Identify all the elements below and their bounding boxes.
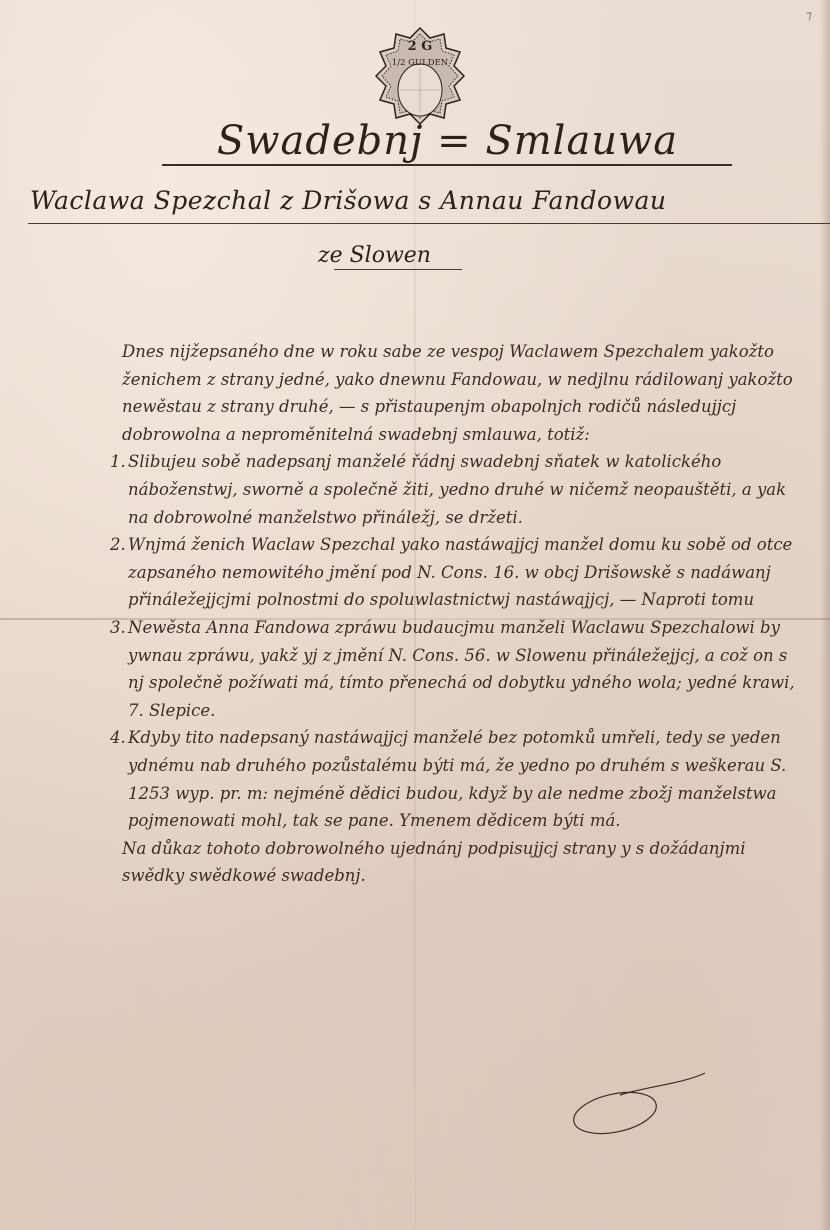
clause-text: Kdyby tito nadepsaný nastáwajjcj manželé…	[128, 724, 800, 834]
corner-mark: ⁊	[806, 8, 812, 22]
clause-number: 2.	[110, 531, 128, 614]
document-body: Dnes nijžepsaného dne w roku sabe ze ves…	[110, 338, 800, 890]
clause-1: 1. Slibujeu sobě nadepsanj manželé řádnj…	[110, 448, 800, 531]
clause-number: 3.	[110, 614, 128, 724]
clause-text: Newěsta Anna Fandowa zpráwu budaucjmu ma…	[128, 614, 800, 724]
title-underline	[162, 164, 732, 166]
place-underline	[334, 269, 462, 270]
document-page: ⁊ 2 G 1/2 GULDEN Swadebnj = Smlauwa Wacl…	[0, 0, 830, 1230]
svg-text:2 G: 2 G	[408, 39, 433, 54]
closing-paragraph: Na důkaz tohoto dobrowolného ujednánj po…	[110, 835, 800, 890]
paper-edge	[820, 0, 830, 1230]
clause-number: 1.	[110, 448, 128, 531]
document-subtitle: Waclawa Spezchal z Drišowa s Annau Fando…	[30, 186, 830, 215]
document-place: ze Slowen	[318, 243, 431, 268]
document-title: Swadebnj = Smlauwa	[165, 118, 730, 164]
clause-text: Wnjmá ženich Waclaw Spezchal yako nastáw…	[128, 531, 800, 614]
revenue-stamp-icon: 2 G 1/2 GULDEN	[372, 26, 468, 126]
subtitle-underline	[28, 223, 830, 224]
signature-flourish-icon	[565, 1065, 715, 1135]
intro-paragraph: Dnes nijžepsaného dne w roku sabe ze ves…	[110, 338, 800, 448]
clause-number: 4.	[110, 724, 128, 834]
svg-text:1/2 GULDEN: 1/2 GULDEN	[392, 58, 449, 68]
clause-4: 4. Kdyby tito nadepsaný nastáwajjcj manž…	[110, 724, 800, 834]
clause-2: 2. Wnjmá ženich Waclaw Spezchal yako nas…	[110, 531, 800, 614]
clause-3: 3. Newěsta Anna Fandowa zpráwu budaucjmu…	[110, 614, 800, 724]
clause-text: Slibujeu sobě nadepsanj manželé řádnj sw…	[128, 448, 800, 531]
